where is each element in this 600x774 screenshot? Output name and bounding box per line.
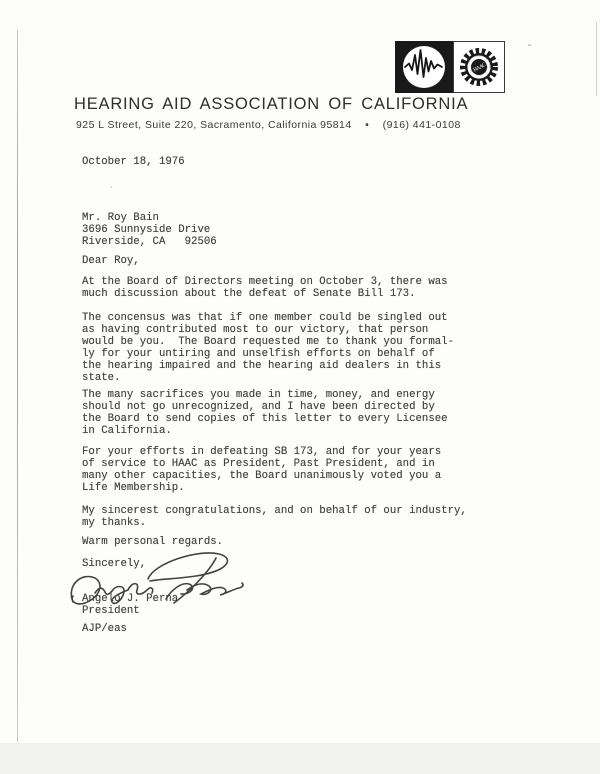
signer-title: President	[82, 605, 140, 617]
body-paragraph: My sincerest congratulations, and on beh…	[82, 505, 467, 529]
haac-seal-icon: HEARING AID ASSOCIATION OF CALIFORNIA HA…	[453, 41, 505, 93]
scan-speck	[528, 44, 531, 46]
date-line: October 18, 1976	[82, 156, 185, 168]
body-paragraph: For your efforts in defeating SB 173, an…	[82, 446, 441, 494]
body-paragraph: The many sacrifices you made in time, mo…	[82, 389, 448, 437]
letterhead-logos: HEARING AID ASSOCIATION OF CALIFORNIA HA…	[395, 41, 505, 93]
waveform-logo-icon	[395, 41, 453, 93]
salutation: Dear Roy,	[82, 255, 140, 267]
recipient-address-block: Mr. Roy Bain 3696 Sunnyside Drive Rivers…	[82, 212, 217, 248]
scan-artifact-line-left	[17, 30, 18, 742]
scan-speck	[110, 186, 112, 188]
body-paragraph: At the Board of Directors meeting on Oct…	[82, 276, 448, 300]
letter-page: HEARING AID ASSOCIATION OF CALIFORNIA HA…	[0, 0, 600, 774]
reference-initials: AJP/eas	[82, 623, 127, 635]
org-name-heading: HEARING AID ASSOCIATION OF CALIFORNIA	[74, 95, 468, 114]
closing-line: Warm personal regards.	[82, 536, 223, 548]
signer-name: Angelo J. Perna	[82, 593, 178, 605]
body-paragraph: The concensus was that if one member cou…	[82, 312, 454, 384]
scan-edge-bottom	[0, 743, 600, 774]
scan-artifact-line-right	[596, 22, 597, 96]
letterhead-address-line: 925 L Street, Suite 220, Sacramento, Cal…	[76, 119, 461, 131]
